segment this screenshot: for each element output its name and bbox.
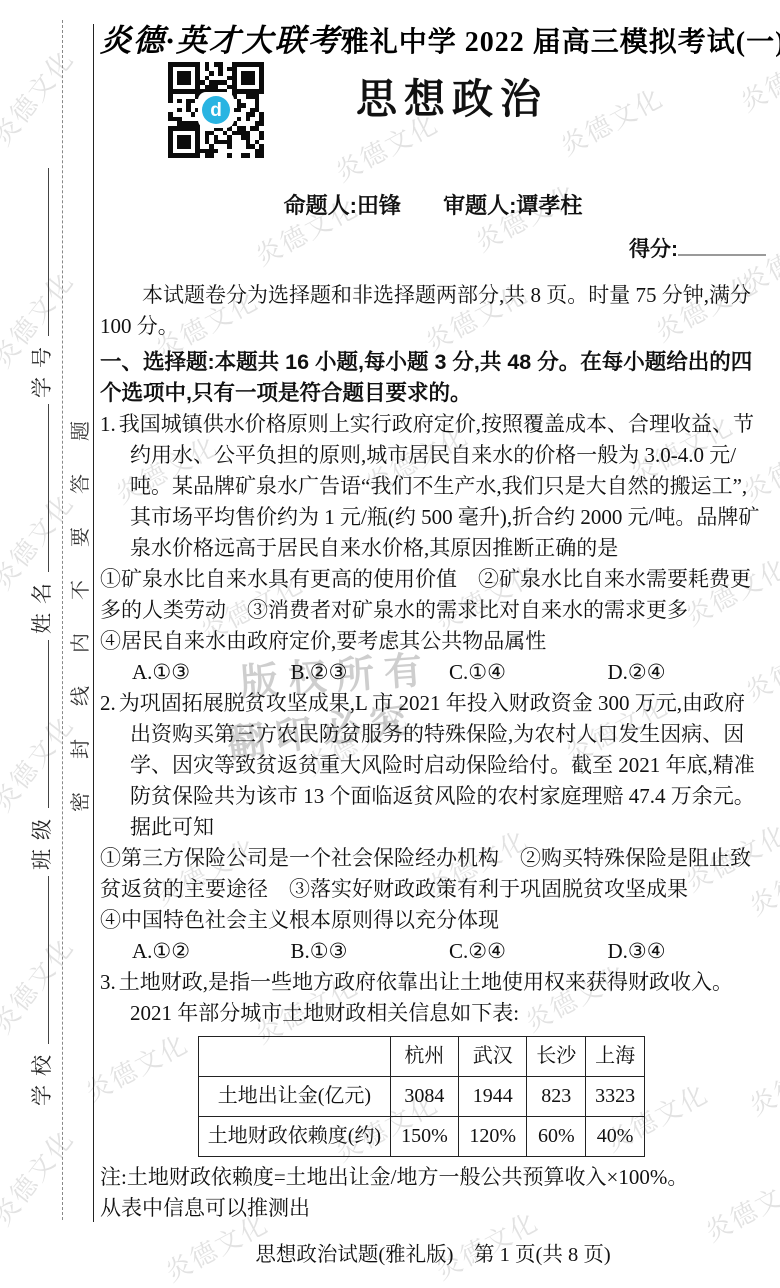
- name-blank[interactable]: [33, 404, 49, 572]
- question-2-items: ①第三方保险公司是一个社会保险经办机构 ②购买特殊保险是阻止致贫返贫的主要途径 …: [100, 843, 766, 936]
- cell-value: 823: [527, 1077, 586, 1117]
- question-1-option-c[interactable]: C.①④: [449, 657, 608, 688]
- cell-value: 150%: [390, 1117, 458, 1157]
- question-1-items: ①矿泉水比自来水具有更高的使用价值 ②矿泉水比自来水需要耗费更多的人类劳动 ③消…: [100, 564, 766, 657]
- land-finance-table: 杭州 武汉 长沙 上海 土地出让金(亿元) 3084 1944 823 3323…: [198, 1036, 645, 1157]
- table-corner-cell: [199, 1037, 391, 1077]
- cell-value: 3323: [586, 1077, 645, 1117]
- cell-value: 3084: [390, 1077, 458, 1117]
- score-row: 得分:: [100, 234, 766, 265]
- seal-line-text: 密封线内不要答题: [64, 372, 94, 812]
- table-header-row: 杭州 武汉 长沙 上海: [199, 1037, 645, 1077]
- question-1: 1.我国城镇供水价格原则上实行政府定价,按照覆盖成本、合理收益、节约用水、公平负…: [100, 409, 766, 688]
- exam-header: 炎德·英才大联考雅礼中学 2022 届高三模拟考试(一): [100, 25, 766, 58]
- field-label-class: 班级: [26, 810, 56, 870]
- seal-dashed-line: [62, 20, 63, 1220]
- table-header-wuhan: 武汉: [459, 1037, 527, 1077]
- field-label-name: 姓名: [26, 574, 56, 634]
- question-2-option-d[interactable]: D.③④: [608, 936, 767, 967]
- question-2: 2.为巩固拓展脱贫攻坚成果,L 市 2021 年投入财政资金 300 万元,由政…: [100, 688, 766, 967]
- question-2-items-line1: ①第三方保险公司是一个社会保险经办机构 ②购买特殊保险是阻止致贫返贫的主要途径 …: [100, 843, 766, 905]
- reviewer-label: 审题人:谭孝柱: [443, 193, 582, 218]
- question-1-option-a[interactable]: A.①③: [132, 657, 291, 688]
- exam-intro: 本试题卷分为选择题和非选择题两部分,共 8 页。时量 75 分钟,满分 100 …: [100, 280, 766, 342]
- question-1-items-line1: ①矿泉水比自来水具有更高的使用价值 ②矿泉水比自来水需要耗费更多的人类劳动 ③消…: [100, 564, 766, 626]
- school-blank[interactable]: [33, 876, 49, 1044]
- field-label-school: 学校: [26, 1046, 56, 1106]
- row-label-land-grant-fee: 土地出让金(亿元): [199, 1077, 391, 1117]
- setter-label: 命题人:田锋: [284, 193, 401, 218]
- cell-value: 60%: [527, 1117, 586, 1157]
- authors-line: 命题人:田锋 审题人:谭孝柱: [100, 190, 766, 221]
- table-header-shanghai: 上海: [586, 1037, 645, 1077]
- question-3-number: 3.: [100, 970, 116, 994]
- page-footer: 思想政治试题(雅礼版) 第 1 页(共 8 页): [100, 1237, 766, 1267]
- exam-title: 雅礼中学 2022 届高三模拟考试(一): [341, 27, 780, 58]
- brand-watermark: 炎德文化: [0, 1121, 81, 1232]
- question-2-option-b[interactable]: B.①③: [291, 936, 450, 967]
- question-1-items-line2: ④居民自来水由政府定价,要考虑其公共物品属性: [100, 626, 766, 657]
- cell-value: 40%: [586, 1117, 645, 1157]
- row-label-dependence: 土地财政依赖度(约): [199, 1117, 391, 1157]
- field-label-student-id: 学号: [26, 338, 56, 398]
- cell-value: 1944: [459, 1077, 527, 1117]
- question-1-stem: 1.我国城镇供水价格原则上实行政府定价,按照覆盖成本、合理收益、节约用水、公平负…: [100, 409, 766, 564]
- question-2-number: 2.: [100, 691, 116, 715]
- score-label: 得分:: [629, 238, 678, 261]
- cell-value: 120%: [459, 1117, 527, 1157]
- table-header-changsha: 长沙: [527, 1037, 586, 1077]
- question-2-options: A.①② B.①③ C.②④ D.③④: [100, 936, 766, 967]
- class-blank[interactable]: [33, 640, 49, 808]
- question-2-items-line2: ④中国特色社会主义根本原则得以充分体现: [100, 905, 766, 936]
- qr-module: [259, 153, 264, 158]
- question-3-tail: 从表中信息可以推测出: [100, 1193, 766, 1224]
- student-id-blank[interactable]: [33, 168, 49, 336]
- question-2-stem: 2.为巩固拓展脱贫攻坚成果,L 市 2021 年投入财政资金 300 万元,由政…: [100, 688, 766, 843]
- table-row: 土地出让金(亿元) 3084 1944 823 3323: [199, 1077, 645, 1117]
- question-2-option-c[interactable]: C.②④: [449, 936, 608, 967]
- question-3-stem: 3.土地财政,是指一些地方政府依靠出让土地使用权来获得财政收入。2021 年部分…: [100, 967, 766, 1029]
- page-content: 炎德·英才大联考雅礼中学 2022 届高三模拟考试(一) d 思想政治 命题人:…: [100, 0, 766, 1224]
- table-row: 土地财政依赖度(约) 150% 120% 60% 40%: [199, 1117, 645, 1157]
- question-1-option-b[interactable]: B.②③: [291, 657, 450, 688]
- question-2-option-a[interactable]: A.①②: [132, 936, 291, 967]
- exam-brand: 炎德·英才大联考: [100, 23, 341, 58]
- title-area: d 思想政治: [100, 58, 766, 178]
- score-blank[interactable]: [678, 236, 766, 256]
- student-info-fields: 学校 班级 姓名 学号: [22, 131, 60, 1106]
- table-header-hangzhou: 杭州: [390, 1037, 458, 1077]
- section-heading: 一、选择题:本题共 16 小题,每小题 3 分,共 48 分。在每小题给出的四个…: [100, 347, 766, 409]
- question-1-number: 1.: [100, 412, 116, 436]
- question-1-option-d[interactable]: D.②④: [608, 657, 767, 688]
- question-3-note: 注:土地财政依赖度=土地出让金/地方一般公共预算收入×100%。: [100, 1162, 766, 1193]
- question-3: 3.土地财政,是指一些地方政府依靠出让土地使用权来获得财政收入。2021 年部分…: [100, 967, 766, 1224]
- subject-title: 思想政治: [100, 84, 766, 115]
- question-1-options: A.①③ B.②③ C.①④ D.②④: [100, 657, 766, 688]
